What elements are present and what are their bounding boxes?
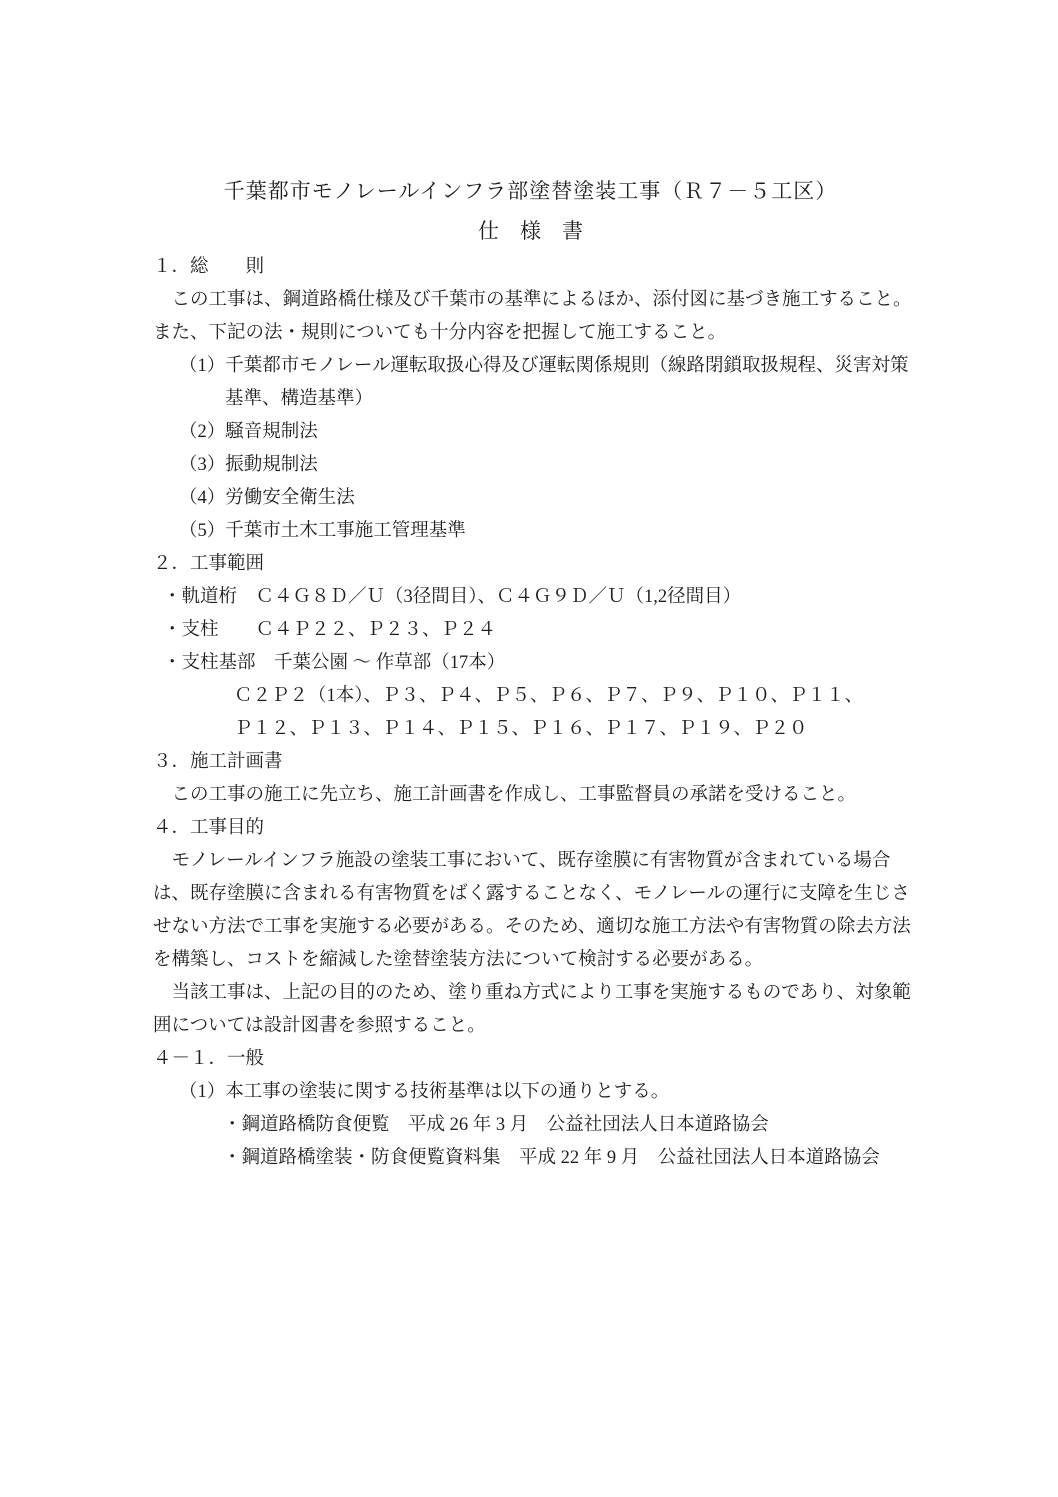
section-4-paragraph-line-6: 囲については設計図書を参照すること。 (153, 1010, 908, 1043)
section-4-paragraph-line-1: モノレールインフラ施設の塗装工事において、既存塗膜に有害物質が含まれている場合 (153, 845, 908, 878)
section-2-item-track-girder: ・軌道桁 Ｃ４Ｇ８Ｄ／Ｕ（3径間目）、Ｃ４Ｇ９Ｄ／Ｕ（1,2径間目） (153, 581, 908, 614)
section-4-1-heading: ４－１．一般 (153, 1043, 908, 1076)
section-4-1-reference-1: ・鋼道路橋防食便覧 平成 26 年 3 月 公益社団法人日本道路協会 (153, 1109, 908, 1142)
section-1-item-1-line-2: 基準、構造基準） (153, 383, 908, 416)
section-1-paragraph-line-2: また、下記の法・規則についても十分内容を把握して施工すること。 (153, 317, 908, 350)
document-subtitle: 仕 様 書 (153, 211, 908, 251)
section-1-item-2: （2）騒音規制法 (153, 416, 908, 449)
section-2-item-pillar: ・支柱 Ｃ４Ｐ２２、Ｐ２３、Ｐ２４ (153, 614, 908, 647)
section-1-heading: １．総 則 (153, 251, 908, 284)
section-4-1-item-1: （1）本工事の塗装に関する技術基準は以下の通りとする。 (153, 1076, 908, 1109)
section-4-paragraph-line-2: は、既存塗膜に含まれる有害物質をばく露することなく、モノレールの運行に支障を生じ… (153, 878, 908, 911)
section-3-heading: ３．施工計画書 (153, 746, 908, 779)
document-content: 千葉都市モノレールインフラ部塗替塗装工事（Ｒ７－５工区） 仕 様 書 １．総 則… (0, 0, 1058, 1175)
document-page: 千葉都市モノレールインフラ部塗替塗装工事（Ｒ７－５工区） 仕 様 書 １．総 則… (0, 0, 1058, 1497)
section-2-heading: ２．工事範囲 (153, 548, 908, 581)
section-4-paragraph-line-5: 当該工事は、上記の目的のため、塗り重ね方式により工事を実施するものであり、対象範 (153, 977, 908, 1010)
section-2-pillar-list-line-2: Ｐ１２、Ｐ１３、Ｐ１４、Ｐ１５、Ｐ１６、Ｐ１７、Ｐ１９、Ｐ２０ (153, 713, 908, 746)
section-1-item-5: （5）千葉市土木工事施工管理基準 (153, 515, 908, 548)
section-1-paragraph-line-1: この工事は、鋼道路橋仕様及び千葉市の基準によるほか、添付図に基づき施工すること。 (153, 284, 908, 317)
section-2-pillar-list-line-1: Ｃ２Ｐ２（1本）、Ｐ３、Ｐ４、Ｐ５、Ｐ６、Ｐ７、Ｐ９、Ｐ１０、Ｐ１１、 (153, 680, 908, 713)
section-4-heading: ４．工事目的 (153, 812, 908, 845)
section-2-item-pillar-base: ・支柱基部 千葉公園 ～ 作草部（17本） (153, 647, 908, 680)
section-4-1-reference-2: ・鋼道路橋塗装・防食便覧資料集 平成 22 年 9 月 公益社団法人日本道路協会 (153, 1142, 908, 1175)
section-4-paragraph-line-4: を構築し、コストを縮減した塗替塗装方法について検討する必要がある。 (153, 944, 908, 977)
section-4-paragraph-line-3: せない方法で工事を実施する必要がある。そのため、適切な施工方法や有害物質の除去方… (153, 911, 908, 944)
section-3-paragraph: この工事の施工に先立ち、施工計画書を作成し、工事監督員の承諾を受けること。 (153, 779, 908, 812)
section-1-item-3: （3）振動規制法 (153, 449, 908, 482)
document-title: 千葉都市モノレールインフラ部塗替塗装工事（Ｒ７－５工区） (153, 171, 908, 211)
section-1-item-1-line-1: （1）千葉都市モノレール運転取扱心得及び運転関係規則（線路閉鎖取扱規程、災害対策 (153, 350, 908, 383)
section-1-item-4: （4）労働安全衛生法 (153, 482, 908, 515)
